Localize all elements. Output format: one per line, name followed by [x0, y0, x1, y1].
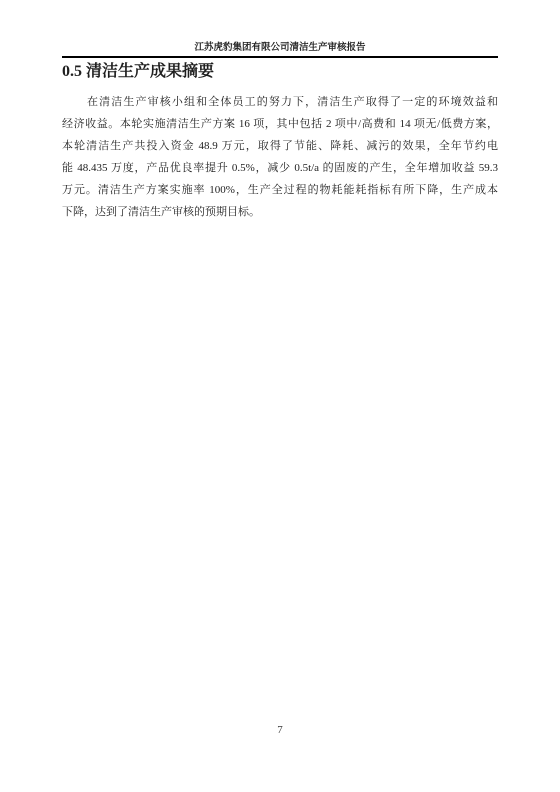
page-footer: 7 — [0, 720, 560, 738]
paragraph-line: 经济收益。本轮实施清洁生产方案 16 项，其中包括 2 项中/高费和 14 项无… — [62, 113, 498, 135]
header-rule — [62, 56, 498, 58]
document-page: 江苏虎豹集团有限公司清洁生产审核报告 0.5 清洁生产成果摘要 在清洁生产审核小… — [0, 0, 560, 792]
paragraph-line: 能 48.435 万度，产品优良率提升 0.5%，减少 0.5t/a 的固废的产… — [62, 157, 498, 179]
page-header-title: 江苏虎豹集团有限公司清洁生产审核报告 — [62, 42, 498, 54]
paragraph-line: 本轮清洁生产共投入资金 48.9 万元，取得了节能、降耗、减污的效果，全年节约电 — [62, 135, 498, 157]
body-paragraph: 在清洁生产审核小组和全体员工的努力下，清洁生产取得了一定的环境效益和 经济收益。… — [62, 91, 498, 223]
paragraph-line: 下降，达到了清洁生产审核的预期目标。 — [62, 201, 498, 223]
paragraph-line: 万元。清洁生产方案实施率 100%，生产全过程的物耗能耗指标有所下降，生产成本 — [62, 179, 498, 201]
page-number: 7 — [277, 724, 283, 736]
paragraph-line: 在清洁生产审核小组和全体员工的努力下，清洁生产取得了一定的环境效益和 — [62, 91, 498, 113]
section-heading: 0.5 清洁生产成果摘要 — [62, 62, 498, 81]
